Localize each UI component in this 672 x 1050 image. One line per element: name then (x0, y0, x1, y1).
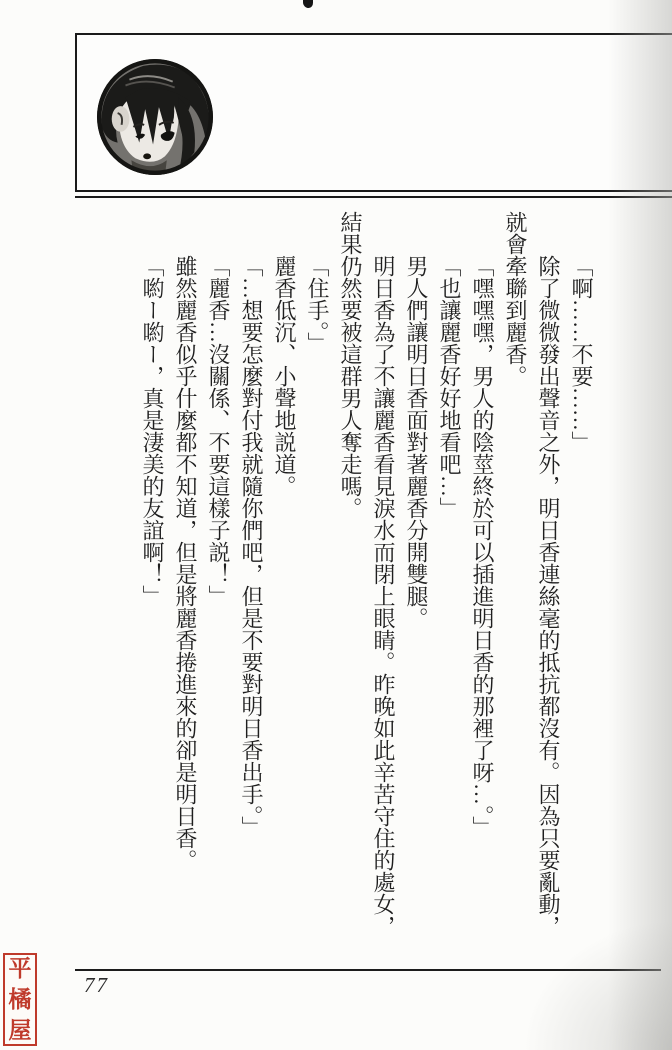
seal-character: 屋 (9, 1019, 32, 1042)
paragraph: 「住手。」 (301, 211, 334, 953)
seal-character: 平 (9, 957, 32, 980)
header-box-underline (75, 196, 672, 198)
paragraph: 「嘿嘿嘿，男人的陰莖終於可以插進明日香的那裡了呀…。」 (466, 211, 499, 953)
scan-artifact (303, 0, 313, 8)
publisher-seal: 平 橘 屋 (3, 953, 37, 1046)
page-number: 77 (84, 973, 109, 998)
paragraph: 男人們讓明日香面對著麗香分開雙腿。 (400, 211, 433, 953)
novel-scan-page: 「啊……不要……」 除了微微發出聲音之外，明日香連絲毫的抵抗都沒有。因為只要亂動… (0, 0, 672, 1050)
paragraph: 「麗香…沒關係、不要這樣子説！」 (202, 211, 235, 953)
paragraph: 「啊……不要……」 (565, 211, 598, 953)
novel-text: 「啊……不要……」 除了微微發出聲音之外，明日香連絲毫的抵抗都沒有。因為只要亂動… (116, 211, 598, 953)
paragraph: 雖然麗香似乎什麼都不知道，但是將麗香捲進來的卻是明日香。 (169, 211, 202, 953)
header-box (75, 33, 672, 192)
paragraph: 明日香為了不讓麗香看見淚水而閉上眼睛。昨晚如此辛苦守住的處女，結果仍然要被這群男… (334, 211, 400, 953)
paragraph: 「喲ー喲ー，真是淒美的友誼啊！」 (136, 211, 169, 953)
paragraph: 麗香低沉、小聲地説道。 (268, 211, 301, 953)
seal-character: 橘 (9, 988, 32, 1011)
paragraph: 除了微微發出聲音之外，明日香連絲毫的抵抗都沒有。因為只要亂動，就會牽聯到麗香。 (499, 211, 565, 953)
paragraph: 「也讓麗香好好地看吧…」 (433, 211, 466, 953)
footer-divider (75, 969, 661, 971)
character-portrait (96, 58, 214, 176)
paragraph: 「…想要怎麼對付我就隨你們吧，但是不要對明日香出手。」 (235, 211, 268, 953)
